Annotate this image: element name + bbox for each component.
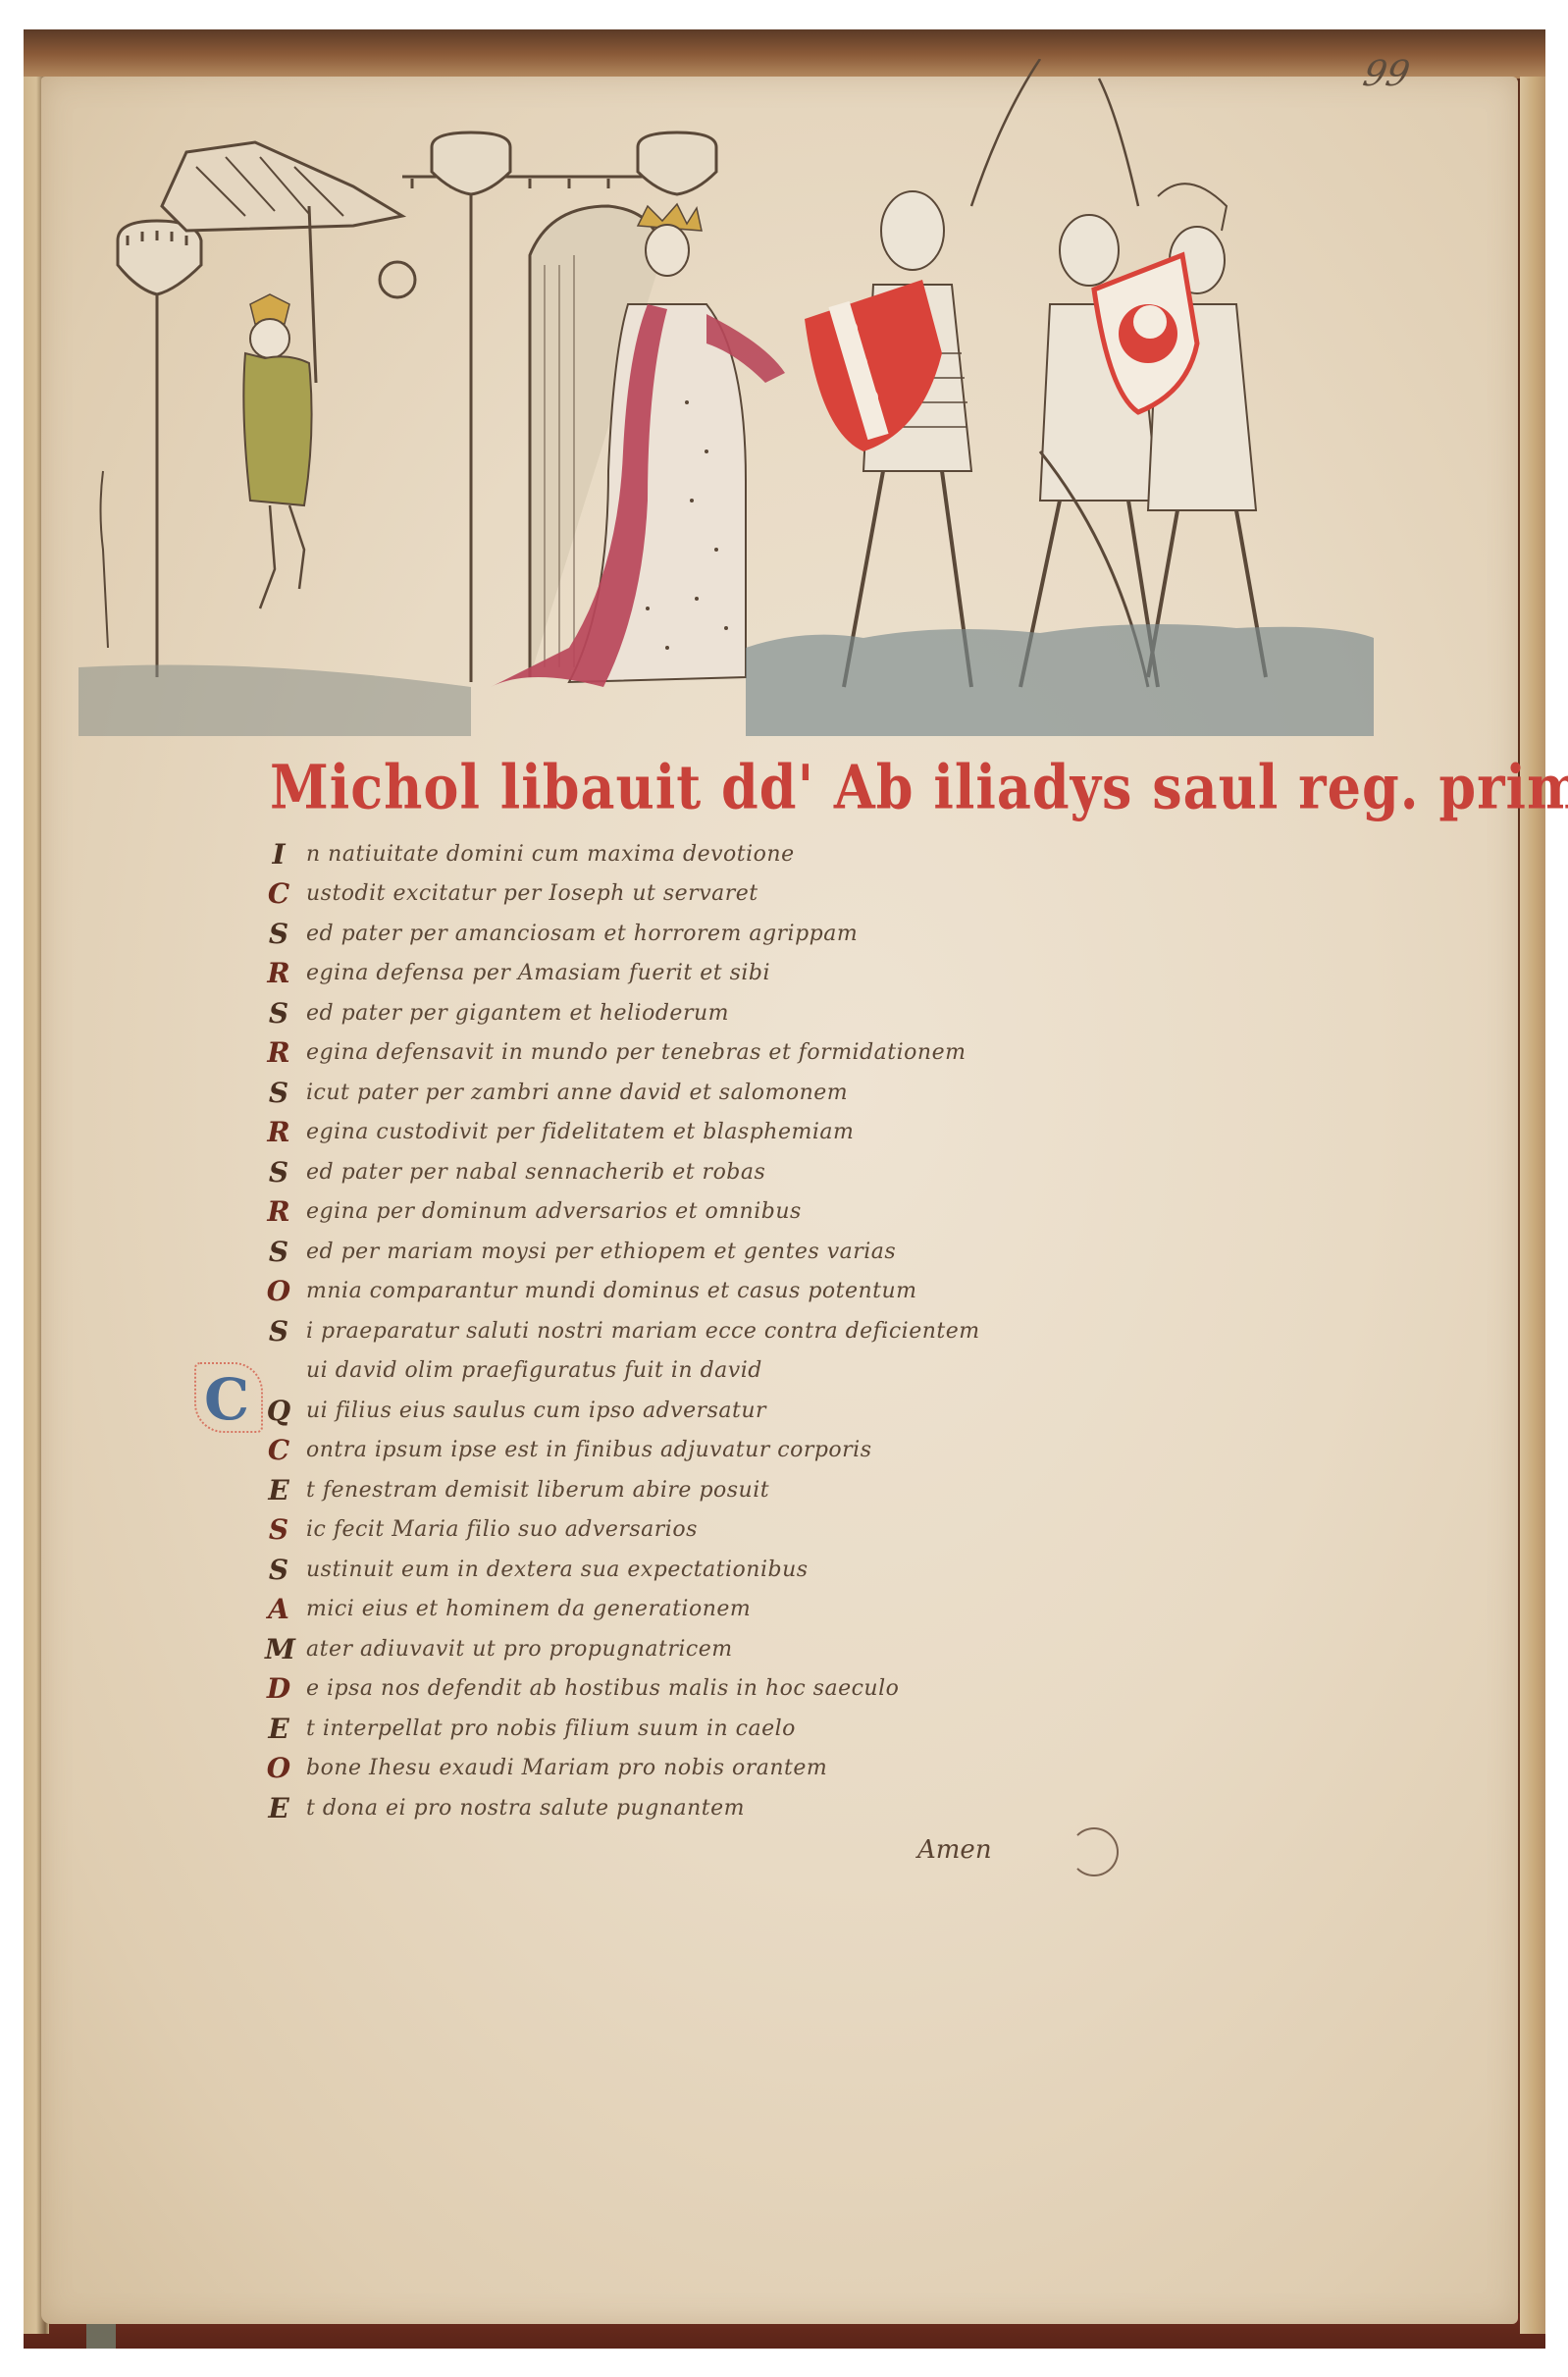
verse-text-block: In natiuitate domini cum maxima devotion… — [265, 834, 1148, 1828]
line-text: ater adiuvavit ut pro propugnatricem — [306, 1637, 733, 1662]
line-text: t fenestram demisit liberum abire posuit — [306, 1478, 769, 1503]
line-text: egina defensavit in mundo per tenebras e… — [306, 1040, 966, 1065]
line-initial: O — [265, 1752, 292, 1784]
text-line: Custodit excitatur per Ioseph ut servare… — [265, 874, 1148, 915]
line-initial: C — [265, 877, 292, 910]
line-initial: S — [265, 1236, 292, 1268]
text-line: Et fenestram demisit liberum abire posui… — [265, 1470, 1148, 1510]
text-line: Sed pater per gigantem et helioderum — [265, 993, 1148, 1033]
line-initial: S — [265, 1513, 292, 1546]
text-line: Cui david olim praefiguratus fuit in dav… — [265, 1351, 1148, 1392]
text-line: Obone Ihesu exaudi Mariam pro nobis oran… — [265, 1749, 1148, 1789]
line-text: ed per mariam moysi per ethiopem et gent… — [306, 1240, 896, 1264]
text-line: Qui filius eius saulus cum ipso adversat… — [265, 1391, 1148, 1431]
figure-david — [243, 294, 311, 608]
text-line: Si praeparatur saluti nostri mariam ecce… — [265, 1311, 1148, 1351]
text-line: Et interpellat pro nobis filium suum in … — [265, 1709, 1148, 1749]
line-text: egina custodivit per fidelitatem et blas… — [306, 1120, 854, 1144]
text-line: Regina defensa per Amasiam fuerit et sib… — [265, 954, 1148, 994]
line-initial: R — [265, 957, 292, 989]
line-initial: E — [265, 1792, 292, 1824]
ground-strip — [78, 665, 471, 737]
line-text: ui david olim praefiguratus fuit in davi… — [306, 1358, 762, 1383]
line-text: i praeparatur saluti nostri mariam ecce … — [306, 1319, 980, 1344]
text-line: Regina defensavit in mundo per tenebras … — [265, 1033, 1148, 1074]
line-initial: C — [265, 1434, 292, 1466]
text-line: Sic fecit Maria filio suo adversarios — [265, 1510, 1148, 1551]
decorated-initial: C — [194, 1362, 263, 1433]
line-text: e ipsa nos defendit ab hostibus malis in… — [306, 1676, 899, 1701]
line-initial: R — [265, 1036, 292, 1069]
line-text: bone Ihesu exaudi Mariam pro nobis orant… — [306, 1756, 827, 1780]
line-initial: E — [265, 1474, 292, 1506]
page-fore-edge — [1520, 77, 1545, 2334]
text-line: Sicut pater per zambri anne david et sal… — [265, 1073, 1148, 1113]
line-text: egina per dominum adversarios et omnibus — [306, 1199, 802, 1224]
line-text: ustodit excitatur per Ioseph ut servaret — [306, 881, 758, 906]
text-line: In natiuitate domini cum maxima devotion… — [265, 834, 1148, 874]
text-line: Sed per mariam moysi per ethiopem et gen… — [265, 1232, 1148, 1272]
line-initial: M — [265, 1633, 292, 1665]
text-line: Mater adiuvavit ut pro propugnatricem — [265, 1629, 1148, 1669]
line-text: ed pater per nabal sennacherib et robas — [306, 1160, 765, 1185]
line-text: t dona ei pro nostra salute pugnantem — [306, 1796, 745, 1821]
line-initial: R — [265, 1116, 292, 1148]
line-initial: D — [265, 1672, 292, 1705]
text-line: Regina custodivit per fidelitatem et bla… — [265, 1113, 1148, 1153]
text-line: Et dona ei pro nostra salute pugnantem — [265, 1788, 1148, 1828]
line-initial: S — [265, 1315, 292, 1347]
line-initial: A — [265, 1593, 292, 1625]
line-text: mici eius et hominem da generationem — [306, 1597, 751, 1621]
line-initial: R — [265, 1195, 292, 1228]
line-text: ed pater per amanciosam et horrorem agri… — [306, 922, 858, 946]
text-line: Sustinuit eum in dextera sua expectation… — [265, 1550, 1148, 1590]
text-line: Regina per dominum adversarios et omnibu… — [265, 1192, 1148, 1233]
line-text: ustinuit eum in dextera sua expectationi… — [306, 1558, 809, 1582]
line-text: egina defensa per Amasiam fuerit et sibi — [306, 961, 770, 985]
line-text: ontra ipsum ipse est in finibus adjuvatu… — [306, 1438, 872, 1462]
line-initial: S — [265, 1077, 292, 1109]
line-text: icut pater per zambri anne david et salo… — [306, 1081, 848, 1105]
text-line: Sed pater per nabal sennacherib et robas — [265, 1152, 1148, 1192]
line-initial: S — [265, 1156, 292, 1188]
line-initial: Q — [265, 1395, 292, 1427]
line-text: n natiuitate domini cum maxima devotione — [306, 842, 795, 867]
closing-amen: Amen — [917, 1835, 992, 1865]
line-initial: I — [265, 838, 292, 871]
text-line: Sed pater per amanciosam et horrorem agr… — [265, 914, 1148, 954]
text-line: Omnia comparantur mundi dominus et casus… — [265, 1272, 1148, 1312]
line-initial: E — [265, 1713, 292, 1745]
line-text: ic fecit Maria filio suo adversarios — [306, 1517, 698, 1542]
line-text: mnia comparantur mundi dominus et casus … — [306, 1279, 917, 1303]
text-line: Amici eius et hominem da generationem — [265, 1590, 1148, 1630]
line-initial: S — [265, 1554, 292, 1586]
line-initial: S — [265, 918, 292, 950]
rubric-heading: Michol libauit dd' Ab iliadys saul reg. … — [270, 751, 1428, 823]
line-text: t interpellat pro nobis filium suum in c… — [306, 1717, 796, 1741]
closing-flourish-icon — [1070, 1827, 1119, 1876]
text-line: Contra ipsum ipse est in finibus adjuvat… — [265, 1431, 1148, 1471]
illustration-david-escape — [59, 59, 1433, 736]
line-initial: S — [265, 997, 292, 1030]
text-line: De ipsa nos defendit ab hostibus malis i… — [265, 1669, 1148, 1710]
initial-letter: C — [204, 1366, 249, 1433]
line-text: ed pater per gigantem et helioderum — [306, 1001, 729, 1026]
line-text: ui filius eius saulus cum ipso adversatu… — [306, 1399, 766, 1423]
line-initial: O — [265, 1275, 292, 1307]
